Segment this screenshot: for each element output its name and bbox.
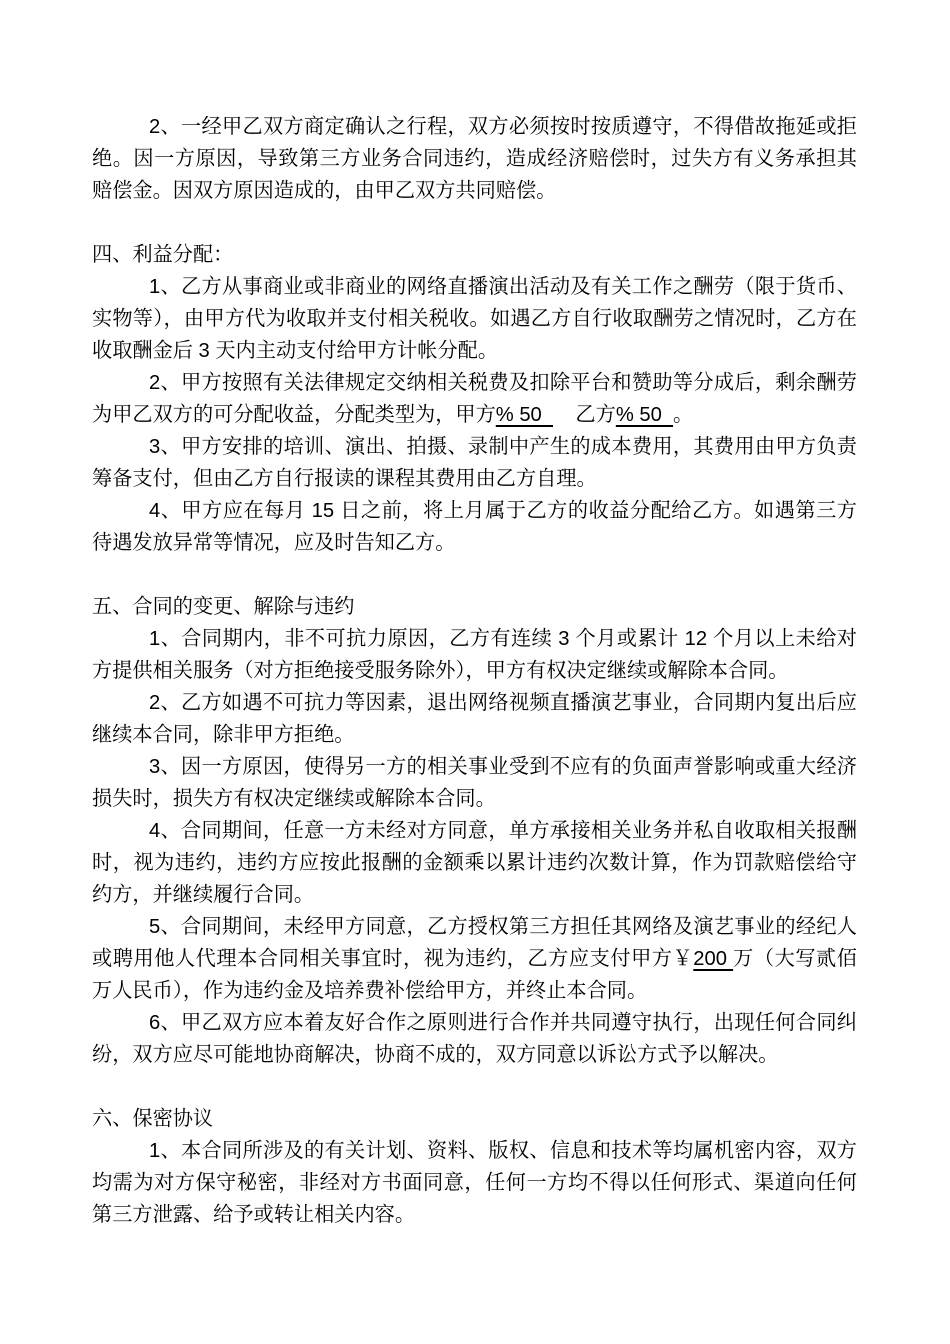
contract-paragraph: 1、本合同所涉及的有关计划、资料、版权、信息和技术等均属机密内容，双方均需为对方… [92,1135,857,1231]
blank-line [92,207,857,239]
text-segment: 五、合同的变更、解除与违约 [92,596,354,618]
contract-paragraph: 2、乙方如遇不可抗力等因素，退出网络视频直播演艺事业，合同期内复出后应继续本合同… [92,687,857,751]
contract-paragraph: 3、因一方原因，使得另一方的相关事业受到不应有的负面声誉影响或重大经济损失时，损… [92,751,857,815]
section-heading: 六、保密协议 [92,1103,857,1135]
text-segment: 。 [673,404,693,426]
text-segment: 1、本合同所涉及的有关计划、资料、版权、信息和技术等均属机密内容，双方均需为对方… [92,1140,857,1226]
text-segment: 2、一经甲乙双方商定确认之行程，双方必须按时按质遵守，不得借故拖延或拒绝。因一方… [92,116,857,202]
blank-line [92,559,857,591]
text-segment: 6、甲乙双方应本着友好合作之原则进行合作并共同遵守执行，出现任何合同纠纷，双方应… [92,1012,857,1066]
filled-blank-value: % 50 [616,404,673,426]
contract-paragraph: 2、甲方按照有关法律规定交纳相关税费及扣除平台和赞助等分成后，剩余酬劳为甲乙双方… [92,367,857,431]
text-segment: 1、乙方从事商业或非商业的网络直播演出活动及有关工作之酬劳（限于货币、实物等），… [92,276,857,362]
contract-paragraph: 2、一经甲乙双方商定确认之行程，双方必须按时按质遵守，不得借故拖延或拒绝。因一方… [92,111,857,207]
contract-paragraph: 4、甲方应在每月 15 日之前，将上月属于乙方的收益分配给乙方。如遇第三方待遇发… [92,495,857,559]
section-heading: 四、利益分配： [92,239,857,271]
contract-paragraph: 5、合同期间，未经甲方同意，乙方授权第三方担任其网络及演艺事业的经纪人或聘用他人… [92,911,857,1007]
contract-paragraph: 6、甲乙双方应本着友好合作之原则进行合作并共同遵守执行，出现任何合同纠纷，双方应… [92,1007,857,1071]
contract-paragraph: 1、乙方从事商业或非商业的网络直播演出活动及有关工作之酬劳（限于货币、实物等），… [92,271,857,367]
text-segment: 2、乙方如遇不可抗力等因素，退出网络视频直播演艺事业，合同期内复出后应继续本合同… [92,692,857,746]
contract-paragraph: 3、甲方安排的培训、演出、拍摄、录制中产生的成本费用，其费用由甲方负责筹备支付，… [92,431,857,495]
document-content: 2、一经甲乙双方商定确认之行程，双方必须按时按质遵守，不得借故拖延或拒绝。因一方… [92,111,857,1231]
filled-blank-value: 200 [693,948,733,970]
text-segment: 4、甲方应在每月 15 日之前，将上月属于乙方的收益分配给乙方。如遇第三方待遇发… [92,500,857,554]
text-segment: 2、甲方按照有关法律规定交纳相关税费及扣除平台和赞助等分成后，剩余酬劳为甲乙双方… [92,372,857,426]
section-heading: 五、合同的变更、解除与违约 [92,591,857,623]
text-segment: 1、合同期内，非不可抗力原因，乙方有连续 3 个月或累计 12 个月以上未给对方… [92,628,857,682]
text-segment: 4、合同期间，任意一方未经对方同意，单方承接相关业务并私自收取相关报酬时，视为违… [92,820,857,906]
text-segment: 四、利益分配： [92,244,233,266]
text-segment: 乙方 [553,404,616,426]
contract-paragraph: 4、合同期间，任意一方未经对方同意，单方承接相关业务并私自收取相关报酬时，视为违… [92,815,857,911]
blank-line [92,1071,857,1103]
text-segment: 3、甲方安排的培训、演出、拍摄、录制中产生的成本费用，其费用由甲方负责筹备支付，… [92,436,857,490]
text-segment: 3、因一方原因，使得另一方的相关事业受到不应有的负面声誉影响或重大经济损失时，损… [92,756,857,810]
filled-blank-value: % 50 [496,404,553,426]
text-segment: 六、保密协议 [92,1108,213,1130]
contract-paragraph: 1、合同期内，非不可抗力原因，乙方有连续 3 个月或累计 12 个月以上未给对方… [92,623,857,687]
